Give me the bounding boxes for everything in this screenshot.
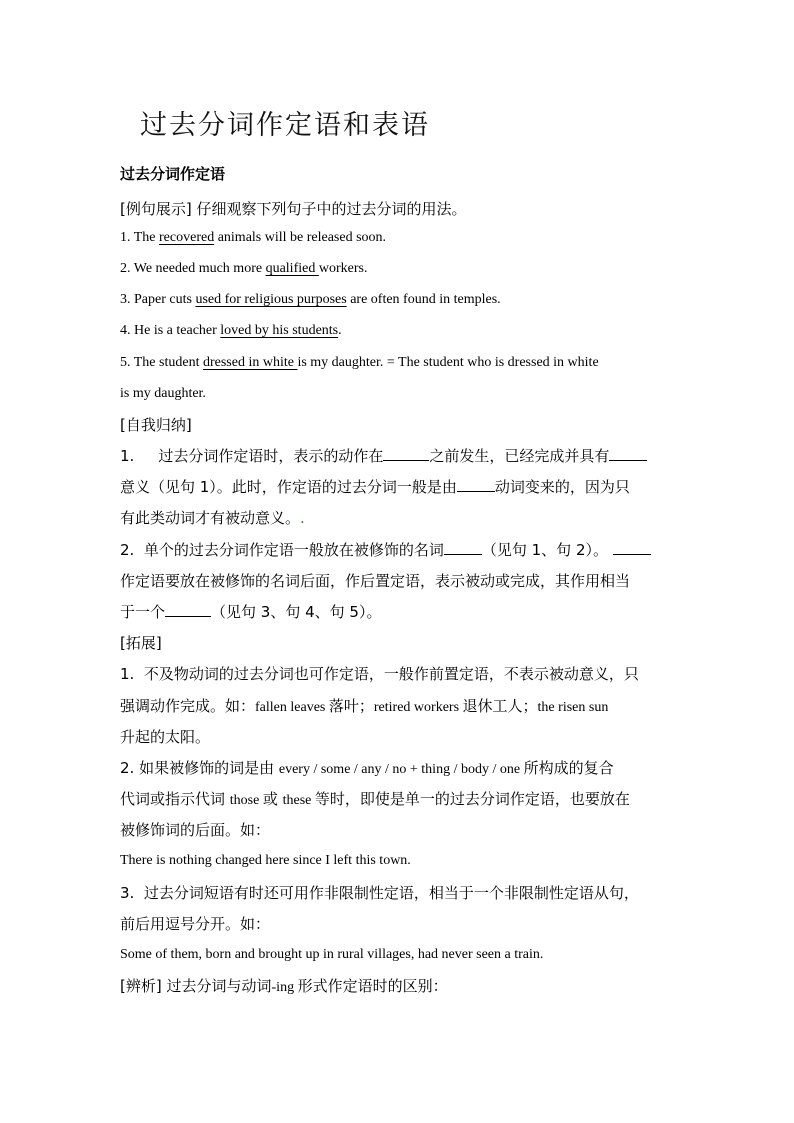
example-sentence-4: 4. He is a teacher loved by his students… xyxy=(120,323,342,339)
extension-item-3-line-2: 前后用逗号分开。如： xyxy=(120,913,270,934)
extension-item-2-line-2: 代词或指示代词 those 或 these 等时，即使是单一的过去分词作定语，也… xyxy=(120,788,630,809)
extension-item-1-line-1: 1. 不及物动词的过去分词也可作定语，一般作前置定语，不表示被动意义，只 xyxy=(120,663,639,684)
extension-item-2-example: There is nothing changed here since I le… xyxy=(120,853,411,869)
extension-item-2-line-3: 被修饰词的后面。如： xyxy=(120,819,270,840)
summary-item-2-line-2: 作定语要放在被修饰的名词后面，作后置定语，表示被动或完成，其作用相当 xyxy=(120,570,630,591)
summary-item-2-line-1: 2. 单个的过去分词作定语一般放在被修饰的名词（见句 1、句 2）。 xyxy=(120,539,651,560)
underlined-participle: used for religious purposes xyxy=(195,292,346,307)
underlined-participle: qualified xyxy=(266,261,319,276)
fill-blank[interactable] xyxy=(165,602,211,617)
extension-item-1-line-3: 升起的太阳。 xyxy=(120,726,210,747)
examples-label: [例句展示] xyxy=(120,200,192,218)
examples-instruction: 仔细观察下列句子中的过去分词的用法。 xyxy=(197,200,467,218)
extension-item-3-line-1: 3. 过去分词短语有时还可用作非限制性定语，相当于一个非限制性定语从句， xyxy=(120,882,639,903)
extension-item-1-line-2: 强调动作完成。如：fallen leaves 落叶；retired worker… xyxy=(120,695,608,716)
underlined-participle: recovered xyxy=(159,230,214,245)
extension-item-2-line-1: 2. 如果被修饰的词是由 every / some / any / no + t… xyxy=(120,757,614,778)
fill-blank[interactable] xyxy=(613,540,651,555)
examples-intro: [例句展示] 仔细观察下列句子中的过去分词的用法。 xyxy=(120,198,467,219)
analysis-line: [辨析] 过去分词与动词-ing 形式作定语时的区别： xyxy=(120,975,448,996)
fill-blank[interactable] xyxy=(609,446,647,461)
summary-item-2-line-3: 于一个（见句 3、句 4、句 5）。 xyxy=(120,601,381,622)
analysis-label: [辨析] xyxy=(120,977,162,995)
summary-item-1-line-3: 有此类动词才有被动意义。. xyxy=(120,507,305,528)
summary-item-1-line-1: 1.过去分词作定语时，表示的动作在之前发生，已经完成并具有 xyxy=(120,445,647,466)
example-sentence-2: 2. We needed much more qualified workers… xyxy=(120,261,367,277)
document-title: 过去分词作定语和表语 xyxy=(140,103,430,142)
section-heading: 过去分词作定语 xyxy=(120,163,225,184)
example-sentence-1: 1. The recovered animals will be release… xyxy=(120,230,386,246)
example-sentence-5: 5. The student dressed in white is my da… xyxy=(120,355,599,371)
example-sentence-5-continuation: is my daughter. xyxy=(120,386,206,402)
extension-item-3-example: Some of them, born and brought up in rur… xyxy=(120,947,543,963)
fill-blank[interactable] xyxy=(444,540,482,555)
fill-blank[interactable] xyxy=(457,477,495,492)
fill-blank[interactable] xyxy=(383,446,429,461)
underlined-participle: dressed in white xyxy=(203,355,297,370)
document-page: 过去分词作定语和表语 过去分词作定语 [例句展示] 仔细观察下列句子中的过去分词… xyxy=(0,0,794,1123)
underlined-participle: loved by his students xyxy=(220,323,338,338)
example-sentence-3: 3. Paper cuts used for religious purpose… xyxy=(120,292,501,308)
extension-label: [拓展] xyxy=(120,632,162,653)
summary-label: [自我归纳] xyxy=(120,414,192,435)
summary-item-1-line-2: 意义（见句 1）。此时，作定语的过去分词一般是由动词变来的，因为只 xyxy=(120,476,630,497)
